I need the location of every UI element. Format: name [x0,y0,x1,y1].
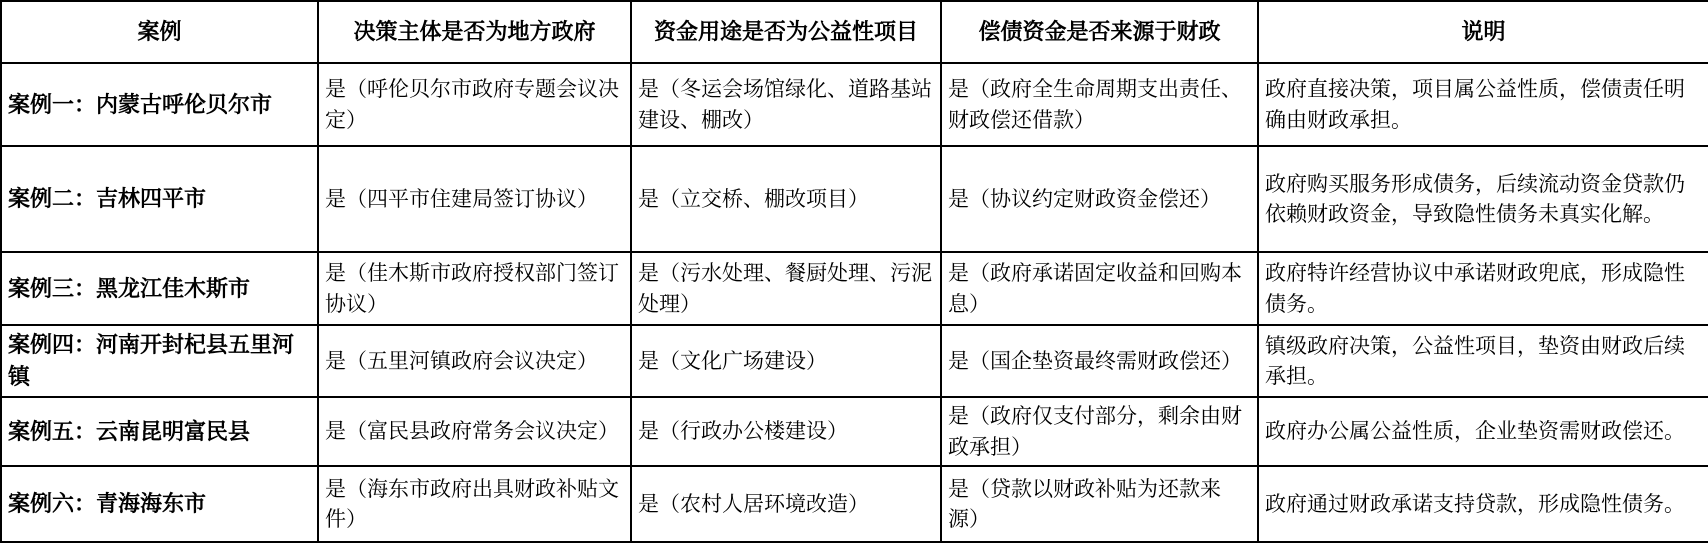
cell-purpose: 是（行政办公楼建设） [631,397,941,466]
header-row: 案例 决策主体是否为地方政府 资金用途是否为公益性项目 偿债资金是否来源于财政 … [1,1,1708,63]
cell-purpose: 是（农村人居环境改造） [631,466,941,542]
cell-decision: 是（富民县政府常务会议决定） [318,397,631,466]
table-row: 案例五：云南昆明富民县 是（富民县政府常务会议决定） 是（行政办公楼建设） 是（… [1,397,1708,466]
cell-case: 案例五：云南昆明富民县 [1,397,318,466]
cell-decision: 是（佳木斯市政府授权部门签订协议） [318,252,631,325]
cell-note: 政府购买服务形成债务，后续流动资金贷款仍依赖财政资金，导致隐性债务未真实化解。 [1258,146,1708,252]
cell-case: 案例六：青海海东市 [1,466,318,542]
cell-note: 镇级政府决策，公益性项目，垫资由财政后续承担。 [1258,325,1708,397]
cell-note: 政府办公属公益性质，企业垫资需财政偿还。 [1258,397,1708,466]
cell-purpose: 是（立交桥、棚改项目） [631,146,941,252]
table-row: 案例四：河南开封杞县五里河镇 是（五里河镇政府会议决定） 是（文化广场建设） 是… [1,325,1708,397]
cell-repayment: 是（政府承诺固定收益和回购本息） [941,252,1258,325]
cell-decision: 是（五里河镇政府会议决定） [318,325,631,397]
cell-decision: 是（呼伦贝尔市政府专题会议决定） [318,63,631,146]
cell-note: 政府通过财政承诺支持贷款，形成隐性债务。 [1258,466,1708,542]
cell-note: 政府特许经营协议中承诺财政兜底，形成隐性债务。 [1258,252,1708,325]
cell-case: 案例二：吉林四平市 [1,146,318,252]
cell-decision: 是（四平市住建局签订协议） [318,146,631,252]
cell-repayment: 是（政府仅支付部分，剩余由财政承担） [941,397,1258,466]
cases-table: 案例 决策主体是否为地方政府 资金用途是否为公益性项目 偿债资金是否来源于财政 … [0,0,1708,543]
table-row: 案例六：青海海东市 是（海东市政府出具财政补贴文件） 是（农村人居环境改造） 是… [1,466,1708,542]
column-header-note: 说明 [1258,1,1708,63]
column-header-purpose: 资金用途是否为公益性项目 [631,1,941,63]
cell-purpose: 是（冬运会场馆绿化、道路基站建设、棚改） [631,63,941,146]
column-header-decision: 决策主体是否为地方政府 [318,1,631,63]
cell-note: 政府直接决策，项目属公益性质，偿债责任明确由财政承担。 [1258,63,1708,146]
cell-purpose: 是（污水处理、餐厨处理、污泥处理） [631,252,941,325]
cell-repayment: 是（贷款以财政补贴为还款来源） [941,466,1258,542]
cell-decision: 是（海东市政府出具财政补贴文件） [318,466,631,542]
cell-case: 案例四：河南开封杞县五里河镇 [1,325,318,397]
column-header-case: 案例 [1,1,318,63]
cell-repayment: 是（国企垫资最终需财政偿还） [941,325,1258,397]
cell-case: 案例一：内蒙古呼伦贝尔市 [1,63,318,146]
table-row: 案例二：吉林四平市 是（四平市住建局签订协议） 是（立交桥、棚改项目） 是（协议… [1,146,1708,252]
cell-purpose: 是（文化广场建设） [631,325,941,397]
table-row: 案例三：黑龙江佳木斯市 是（佳木斯市政府授权部门签订协议） 是（污水处理、餐厨处… [1,252,1708,325]
table-row: 案例一：内蒙古呼伦贝尔市 是（呼伦贝尔市政府专题会议决定） 是（冬运会场馆绿化、… [1,63,1708,146]
cell-repayment: 是（协议约定财政资金偿还） [941,146,1258,252]
column-header-repayment: 偿债资金是否来源于财政 [941,1,1258,63]
cell-repayment: 是（政府全生命周期支出责任、财政偿还借款） [941,63,1258,146]
cell-case: 案例三：黑龙江佳木斯市 [1,252,318,325]
